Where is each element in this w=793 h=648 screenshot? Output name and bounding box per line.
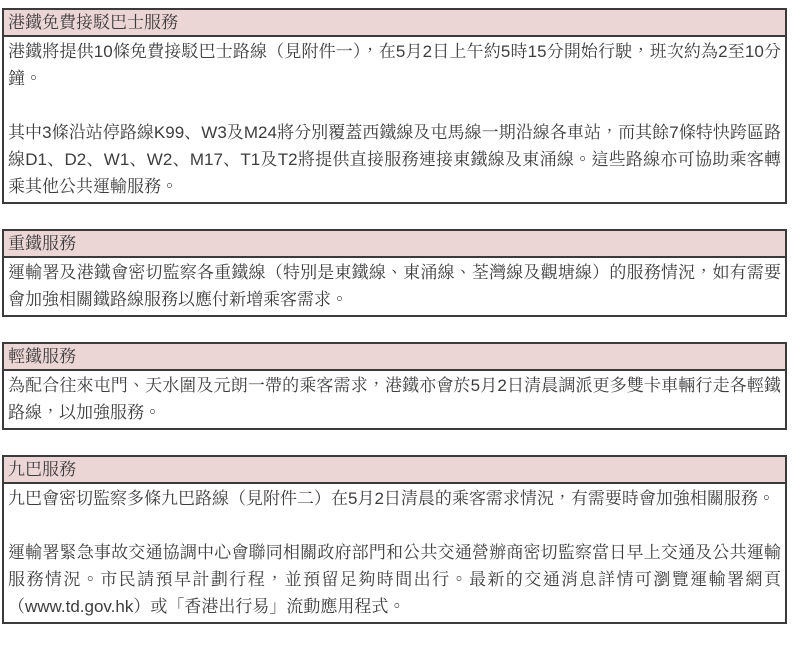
paragraph: 港鐵將提供10條免費接駁巴士路線（見附件一），在5月2日上午約5時15分開始行駛… bbox=[8, 38, 781, 92]
document-page: 港鐵免費接駁巴士服務 港鐵將提供10條免費接駁巴士路線（見附件一），在5月2日上… bbox=[0, 0, 793, 624]
paragraph: 運輸署緊急事故交通協調中心會聯同相關政府部門和公共交通營辦商密切監察當日早上交通… bbox=[8, 539, 781, 620]
section-title: 重鐵服務 bbox=[4, 231, 785, 258]
sections-container: 港鐵免費接駁巴士服務 港鐵將提供10條免費接駁巴士路線（見附件一），在5月2日上… bbox=[2, 8, 787, 624]
service-section-2: 輕鐵服務 為配合往來屯門、天水圍及元朗一帶的乘客需求，港鐵亦會於5月2日清晨調派… bbox=[2, 342, 787, 430]
section-body: 運輸署及港鐵會密切監察各重鐵線（特別是東鐵線、東涌線、荃灣線及觀塘線）的服務情況… bbox=[4, 258, 785, 315]
section-title: 九巴服務 bbox=[4, 457, 785, 484]
paragraph: 九巴會密切監察多條九巴路線（見附件二）在5月2日清晨的乘客需求情況，有需要時會加… bbox=[8, 485, 781, 512]
service-section-3: 九巴服務 九巴會密切監察多條九巴路線（見附件二）在5月2日清晨的乘客需求情況，有… bbox=[2, 455, 787, 624]
paragraph: 其中3條沿站停路線K99、W3及M24將分別覆蓋西鐵線及屯馬線一期沿線各車站，而… bbox=[8, 119, 781, 200]
paragraph: 運輸署及港鐵會密切監察各重鐵線（特別是東鐵線、東涌線、荃灣線及觀塘線）的服務情況… bbox=[8, 259, 781, 313]
section-body: 港鐵將提供10條免費接駁巴士路線（見附件一），在5月2日上午約5時15分開始行駛… bbox=[4, 37, 785, 202]
section-body: 九巴會密切監察多條九巴路線（見附件二）在5月2日清晨的乘客需求情況，有需要時會加… bbox=[4, 484, 785, 622]
service-section-0: 港鐵免費接駁巴士服務 港鐵將提供10條免費接駁巴士路線（見附件一），在5月2日上… bbox=[2, 8, 787, 204]
section-title: 港鐵免費接駁巴士服務 bbox=[4, 10, 785, 37]
service-section-1: 重鐵服務 運輸署及港鐵會密切監察各重鐵線（特別是東鐵線、東涌線、荃灣線及觀塘線）… bbox=[2, 229, 787, 317]
section-body: 為配合往來屯門、天水圍及元朗一帶的乘客需求，港鐵亦會於5月2日清晨調派更多雙卡車… bbox=[4, 371, 785, 428]
paragraph: 為配合往來屯門、天水圍及元朗一帶的乘客需求，港鐵亦會於5月2日清晨調派更多雙卡車… bbox=[8, 372, 781, 426]
section-title: 輕鐵服務 bbox=[4, 344, 785, 371]
